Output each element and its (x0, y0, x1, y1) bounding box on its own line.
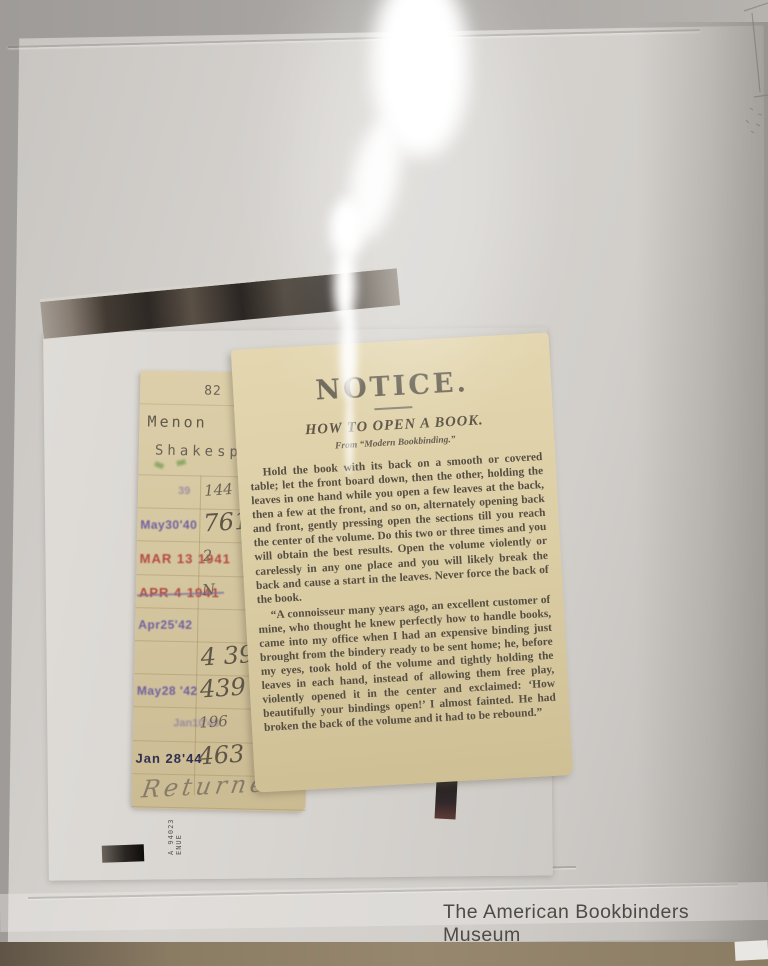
date-stamp: 39 (178, 485, 190, 497)
museum-watermark: The American Bookbinders Museum (443, 901, 768, 947)
handwritten-value: 463 (198, 739, 246, 770)
handwritten-value: 196 (199, 712, 229, 732)
address-line: A 94023 (167, 791, 175, 855)
date-stamp: MAR 13 1941 (140, 551, 231, 566)
notice-body: Hold the book with its back on a smooth … (249, 450, 557, 735)
date-stamp: Apr25'42 (138, 617, 192, 631)
notice-paragraph-1: Hold the book with its back on a smooth … (249, 450, 549, 607)
handwritten-value: 2 (202, 547, 213, 566)
handwritten-value: N (201, 580, 215, 599)
handwritten-value: 439 (199, 673, 247, 704)
photograph-of-archival-items: 82 Menon Shakespear 39144May30'40761MAR … (0, 0, 768, 966)
card-call-number: 82 (204, 384, 222, 399)
green-ink-mark (154, 461, 164, 469)
notice-card: NOTICE. HOW TO OPEN A BOOK. From “Modern… (231, 332, 573, 792)
card-borrower-name: Menon (147, 412, 208, 431)
date-stamp: May30'40 (140, 518, 197, 532)
address-line: ENUE (175, 791, 183, 855)
green-ink-mark (176, 459, 186, 466)
date-stamp: Jan 28'44 (135, 750, 202, 765)
notice-title: NOTICE. (233, 362, 552, 411)
handwritten-value: 144 (204, 480, 234, 500)
date-stamp: May28 '42 (137, 684, 198, 698)
pencil-sketch-marks (706, 0, 768, 140)
notice-paragraph-2: “A connoisseur many years ago, an excell… (257, 593, 557, 736)
rotated-address-fragment: A 94023 ENUE (167, 791, 185, 855)
dark-photo-corner (102, 844, 145, 862)
title-rule (374, 406, 412, 410)
